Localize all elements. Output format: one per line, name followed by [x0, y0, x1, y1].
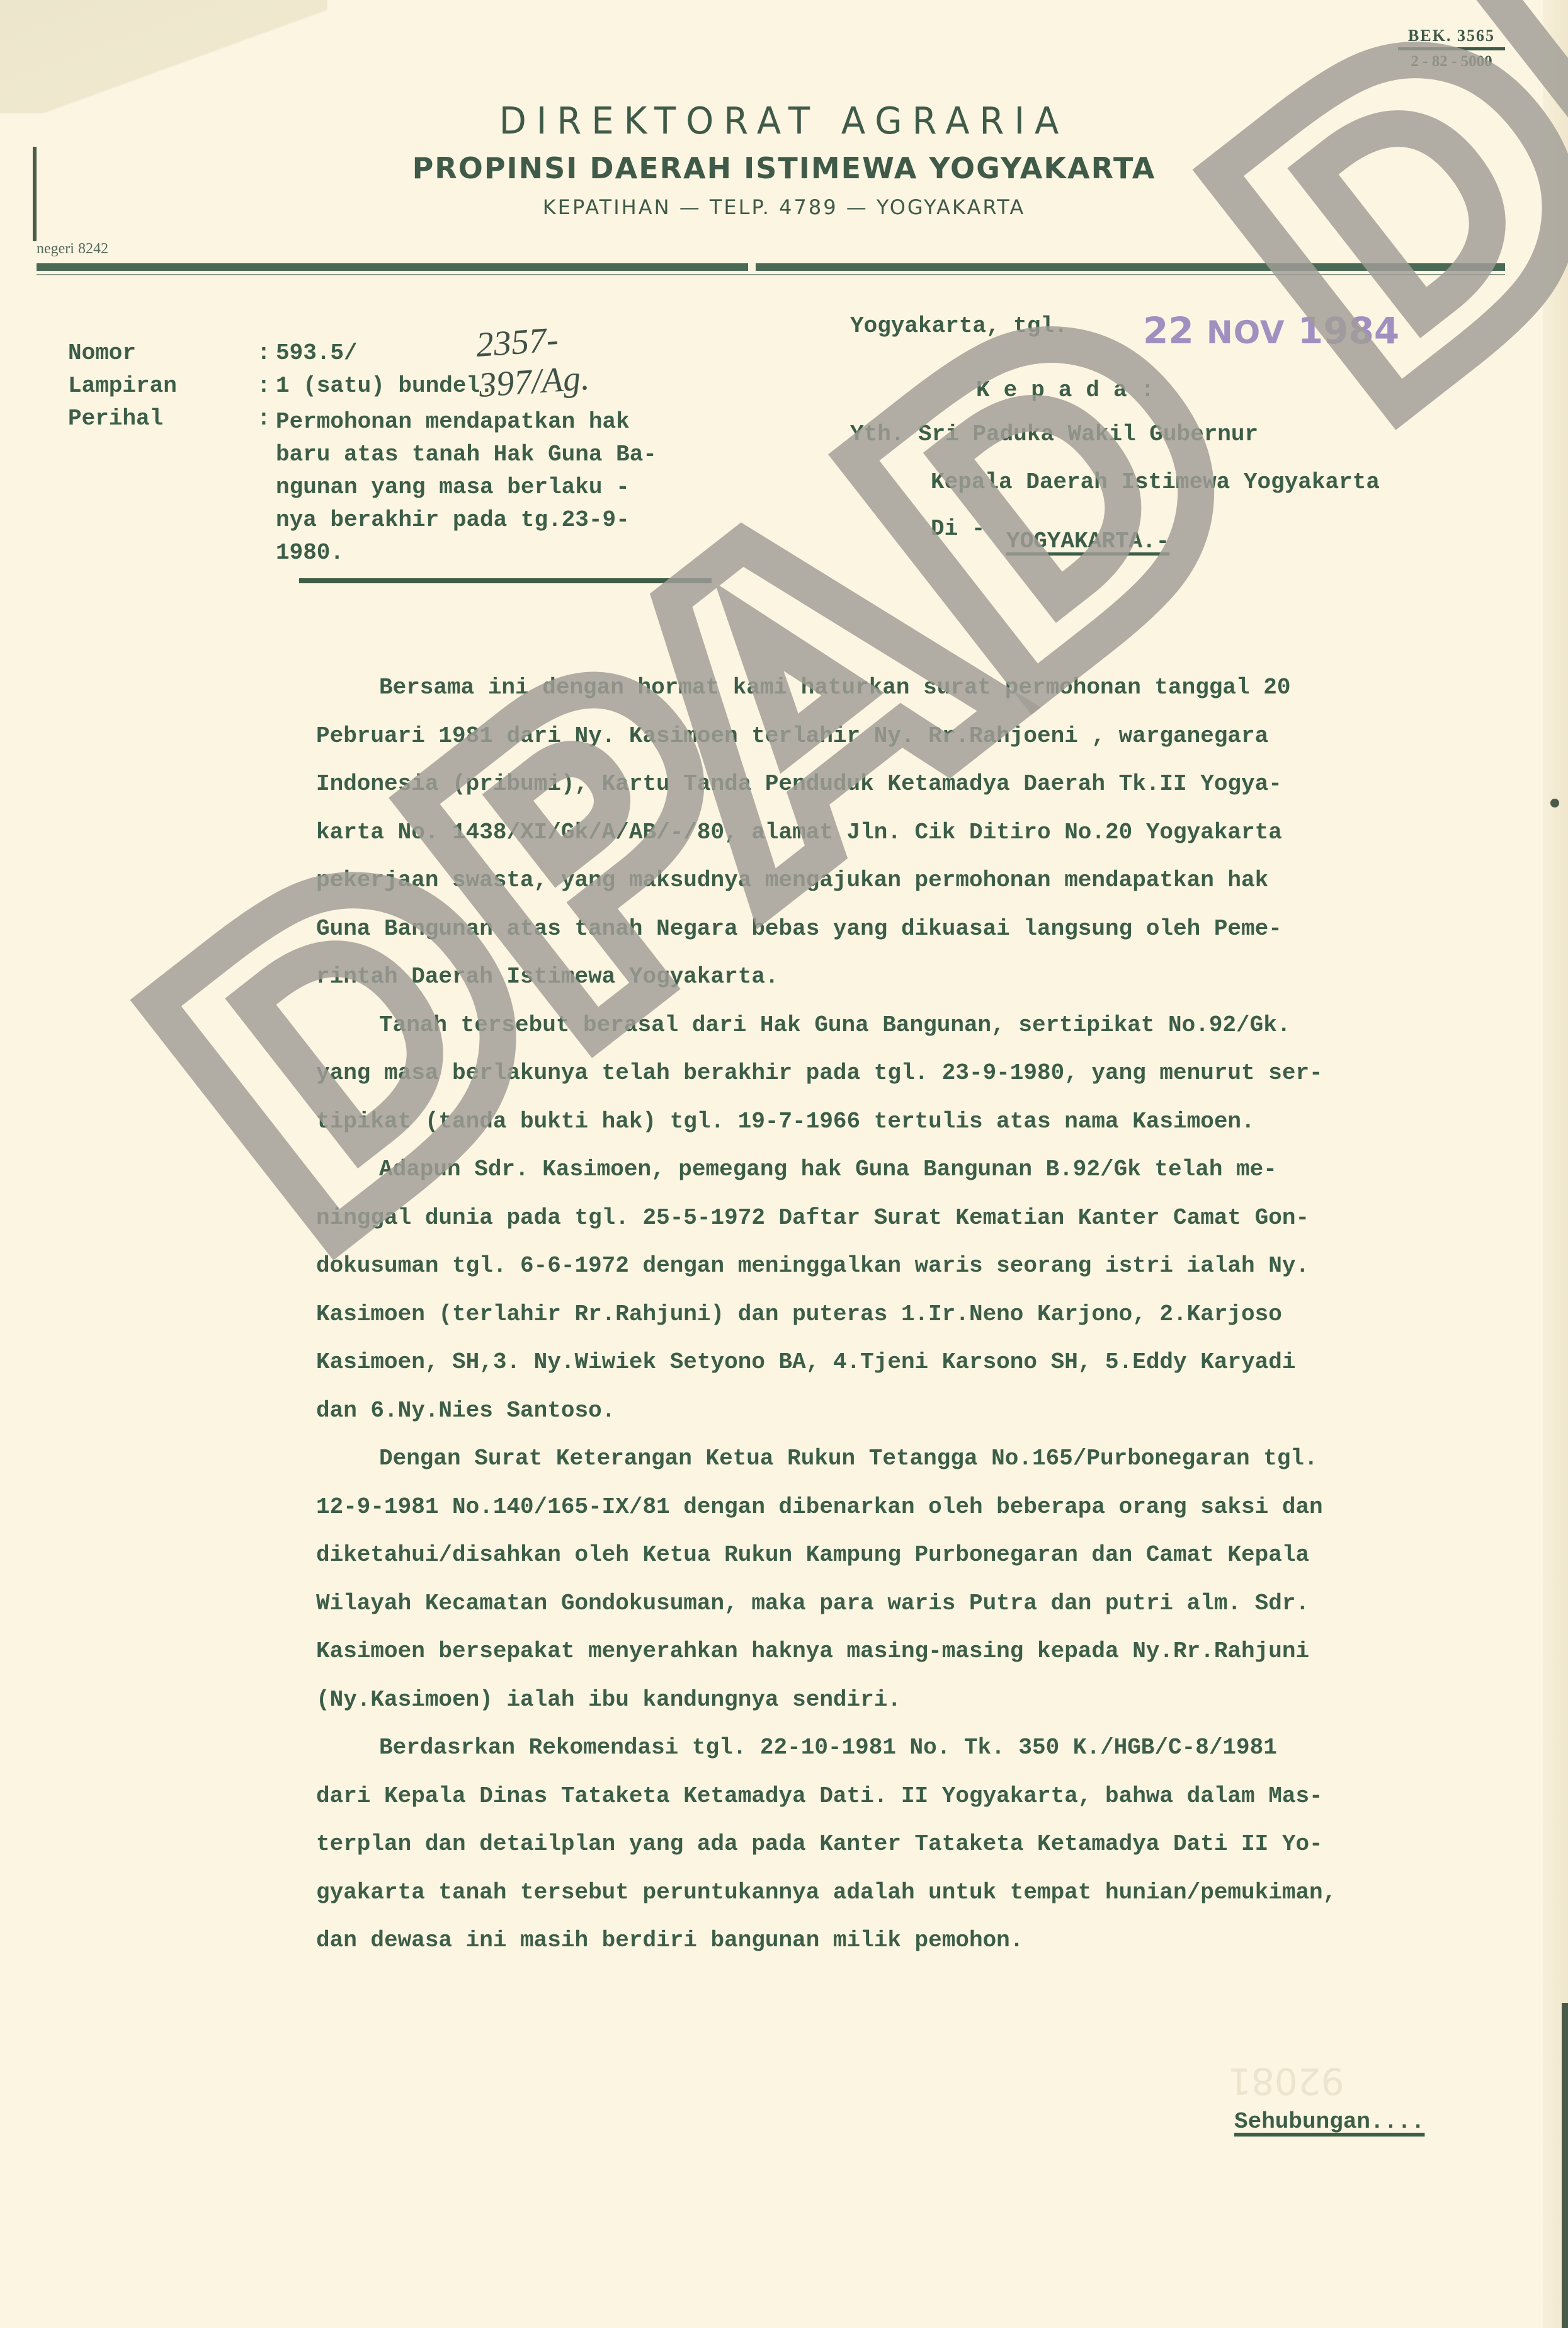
perihal-value: Permohonan mendapatkan hak baru atas tan… [276, 406, 729, 569]
body-line: Berdasrkan Rekomendasi tgl. 22-10-1981 N… [316, 1733, 1494, 1781]
letterhead-address: KEPATIHAN — TELP. 4789 — YOGYAKARTA [0, 195, 1568, 219]
perihal-label: Perihal [68, 406, 163, 431]
lampiran-value: 1 (satu) bundel. [276, 373, 494, 399]
header-rule-right [756, 263, 1505, 271]
perihal-line: Permohonan mendapatkan hak [276, 406, 729, 438]
header-rule-left [37, 263, 748, 271]
body-line: Adapun Sdr. Kasimoen, pemegang hak Guna … [316, 1155, 1494, 1203]
body-line: ninggal dunia pada tgl. 25-5-1972 Daftar… [316, 1203, 1494, 1252]
date-stamp-day: 22 [1143, 309, 1194, 352]
body-line: (Ny.Kasimoen) ialah ibu kandungnya sendi… [316, 1685, 1494, 1733]
body-line: dari Kepala Dinas Tataketa Ketamadya Dat… [316, 1781, 1494, 1830]
lampiran-colon: : [257, 373, 271, 399]
perihal-colon: : [257, 406, 271, 431]
body-line: Dengan Surat Keterangan Ketua Rukun Teta… [316, 1444, 1494, 1492]
form-code-top: BEK. 3565 [1398, 26, 1505, 45]
header-rule-thin [37, 274, 1505, 275]
nomor-label: Nomor [68, 340, 136, 366]
addressee-line2: Kepala Daerah Istimewa Yogyakarta [931, 469, 1380, 495]
body-line: 12-9-1981 No.140/165-IX/81 dengan dibena… [316, 1492, 1494, 1541]
margin-bar [33, 147, 37, 241]
addressee-line1: Yth. Sri Paduka Wakil Gubernur [850, 421, 1258, 447]
letterhead-province: PROPINSI DAERAH ISTIMEWA YOGYAKARTA [0, 151, 1568, 185]
body-line: Pebruari 1981 dari Ny. Kasimoen terlahir… [316, 721, 1494, 770]
letter-body: Bersama ini dengan hormat kami haturkan … [316, 673, 1494, 1974]
form-code: BEK. 3565 2 - 82 - 5000 [1398, 26, 1505, 71]
body-line: diketahui/disahkan oleh Ketua Rukun Kamp… [316, 1540, 1494, 1589]
date-stamp-year: 1984 [1298, 309, 1399, 352]
kepada-label: Kepada: [976, 377, 1168, 403]
body-line: Indonesia (pribumi), Kartu Tanda Pendudu… [316, 769, 1494, 818]
body-line: Kasimoen, SH,3. Ny.Wiwiek Setyono BA, 4.… [316, 1347, 1494, 1396]
paper-edge [1543, 0, 1568, 2328]
body-line: dan 6.Ny.Nies Santoso. [316, 1396, 1494, 1444]
nomor-colon: : [257, 340, 271, 366]
perihal-underline [299, 578, 712, 583]
body-line: Tanah tersebut berasal dari Hak Guna Ban… [316, 1010, 1494, 1059]
paper-edge-dark [1562, 2003, 1568, 2328]
body-line: dokusuman tgl. 6-6-1972 dengan meninggal… [316, 1251, 1494, 1299]
form-code-rule [1398, 47, 1505, 50]
body-line: pekerjaan swasta, yang maksudnya mengaju… [316, 865, 1494, 914]
body-line: rintah Daerah Istimewa Yogyakarta. [316, 962, 1494, 1010]
body-line: Kasimoen (terlahir Rr.Rahjuni) dan puter… [316, 1299, 1494, 1348]
body-line: dan dewasa ini masih berdiri bangunan mi… [316, 1926, 1494, 1974]
printer-mark: negeri 8242 [37, 241, 108, 258]
ghost-stamp: 92081 [1228, 2060, 1344, 2103]
ink-speck [1550, 799, 1559, 807]
perihal-line: baru atas tanah Hak Guna Ba- [276, 438, 729, 471]
perihal-line: ngunan yang masa berlaku - [276, 471, 729, 504]
body-line: Wilayah Kecamatan Gondokusuman, maka par… [316, 1589, 1494, 1637]
letterhead-title: DIREKTORAT AGRARIA [0, 100, 1568, 142]
perihal-line: 1980. [276, 537, 729, 569]
date-stamp: 22 NOV 1984 [1143, 309, 1399, 352]
date-label: Yogyakarta, tgl. [850, 313, 1068, 339]
date-stamp-month: NOV [1207, 314, 1285, 351]
paper-fold-shadow [0, 0, 327, 113]
body-line: gyakarta tanah tersebut peruntukannya ad… [316, 1878, 1494, 1926]
closing-continuation: Sehubungan.... [1234, 2109, 1424, 2135]
body-line: tipikat (tanda bukti hak) tgl. 19-7-1966… [316, 1107, 1494, 1155]
addressee-city: YOGYAKARTA.- [1006, 528, 1169, 554]
body-line: Kasimoen bersepakat menyerahkan haknya m… [316, 1636, 1494, 1685]
lampiran-label: Lampiran [68, 373, 177, 399]
addressee-di: Di - [931, 516, 985, 542]
body-line: Guna Bangunan atas tanah Negara bebas ya… [316, 914, 1494, 962]
nomor-value: 593.5/ [276, 340, 358, 366]
body-line: terplan dan detailplan yang ada pada Kan… [316, 1829, 1494, 1878]
form-code-bottom: 2 - 82 - 5000 [1398, 53, 1505, 71]
perihal-line: nya berakhir pada tg.23-9- [276, 504, 729, 537]
body-line: yang masa berlakunya telah berakhir pada… [316, 1058, 1494, 1107]
body-line: Bersama ini dengan hormat kami haturkan … [316, 673, 1494, 721]
body-line: karta No. 1438/XI/Gk/A/AB/-/80, alamat J… [316, 818, 1494, 866]
